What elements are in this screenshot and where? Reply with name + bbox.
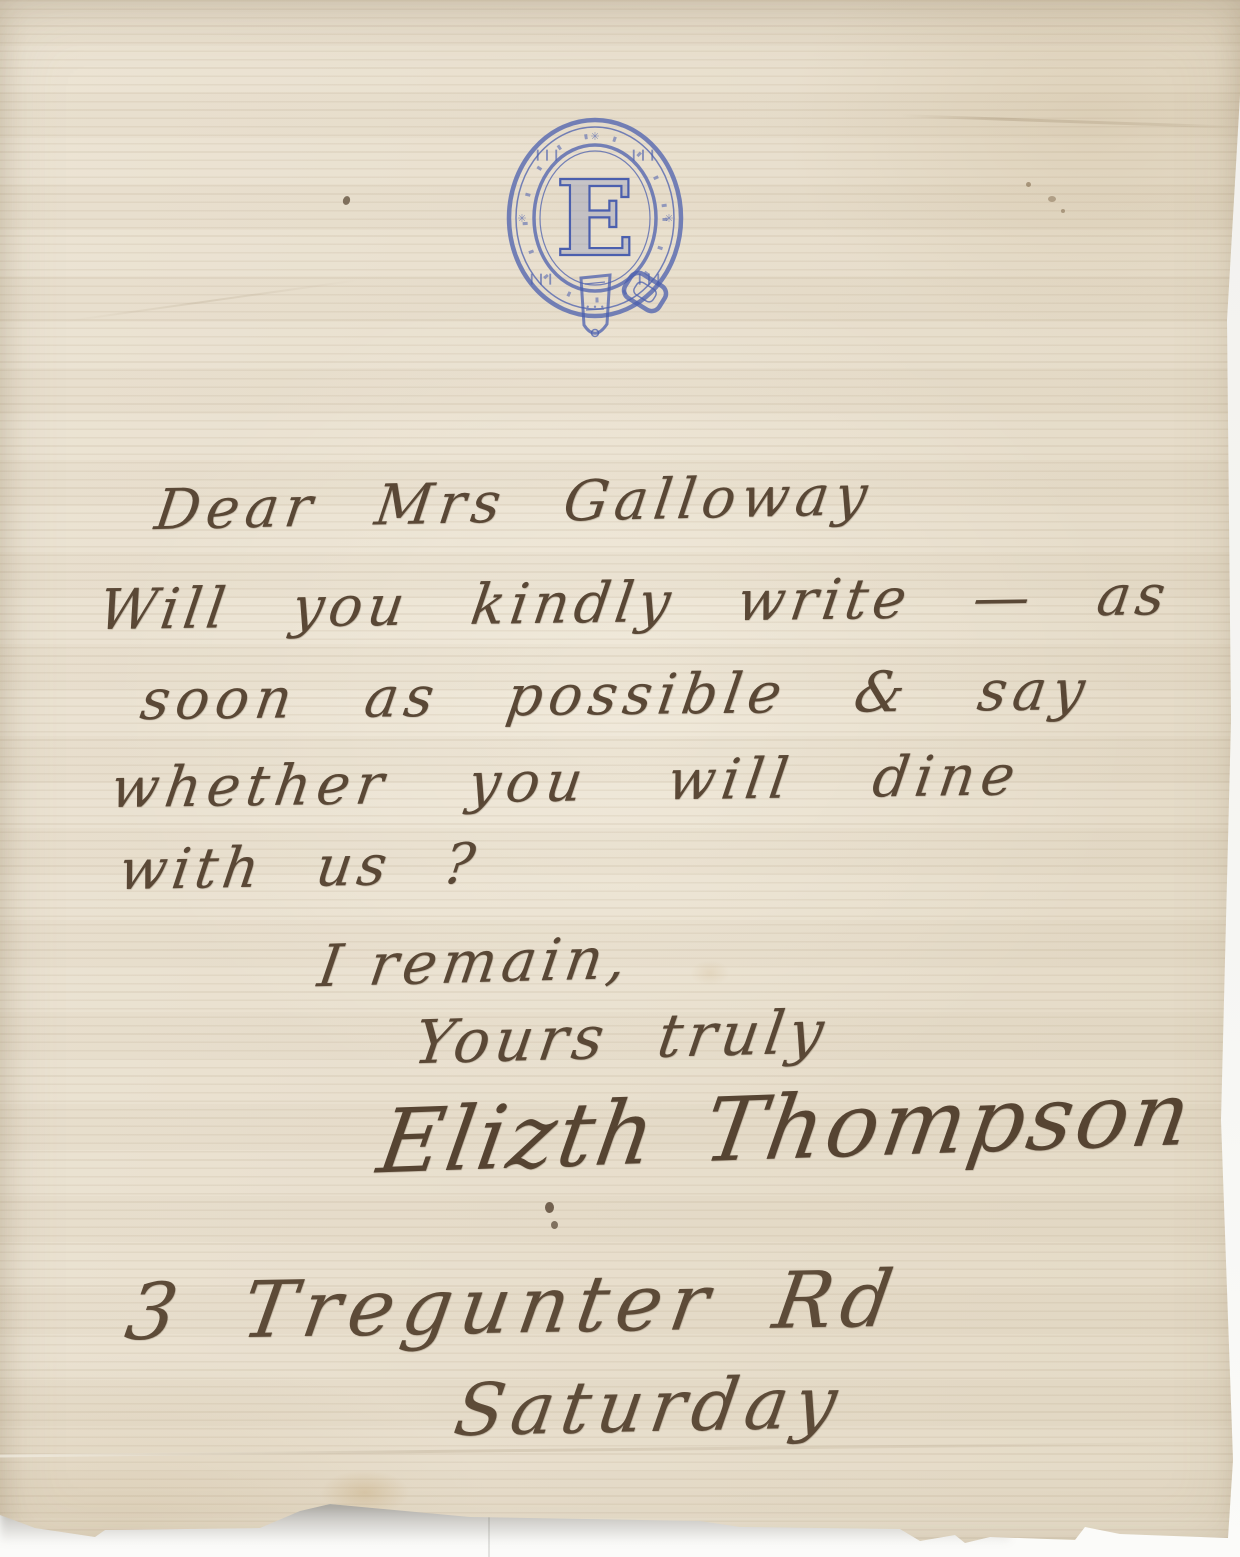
closing-line-2: Yours truly (409, 997, 833, 1078)
ink-speck (1048, 196, 1056, 202)
svg-text:✳: ✳ (517, 212, 526, 225)
body-line-1: Will you kindly write — as (95, 563, 1175, 643)
svg-text:✳: ✳ (590, 130, 599, 143)
monogram-letter: E (555, 157, 634, 280)
ink-speck (1026, 182, 1031, 187)
closing-line-1: I remain, (314, 924, 636, 1000)
svg-text:✳: ✳ (664, 212, 673, 225)
body-line-4: with us ? (115, 832, 484, 903)
ink-speck (342, 195, 352, 206)
svg-text:• • •: • • • (585, 303, 604, 312)
svg-text:❙❙❙: ❙❙❙ (635, 272, 663, 285)
letter-paper: ✳ ❙❙❙ ✳ ❙❙❙ ❙❙❙ ✳ ❙❙❙ • • • E Dear Mrs G… (0, 0, 1240, 1557)
signature-line: Elizth Thompson (372, 1062, 1201, 1194)
ink-speck (551, 1221, 558, 1229)
paper-stain (690, 960, 730, 986)
svg-text:❙❙❙: ❙❙❙ (527, 272, 555, 285)
body-line-3: whether you will dine (107, 743, 1025, 821)
date-line: Saturday (449, 1360, 850, 1452)
salutation-line: Dear Mrs Galloway (151, 463, 877, 543)
paper-crease (900, 114, 1240, 129)
ink-speck (1061, 209, 1065, 213)
address-line: 3 Tregunter Rd (120, 1255, 907, 1359)
body-line-2: soon as possible & say (136, 658, 1095, 733)
paper-crease (61, 279, 358, 323)
ink-speck (545, 1202, 554, 1213)
monogram-e-icon: ✳ ❙❙❙ ✳ ❙❙❙ ❙❙❙ ✳ ❙❙❙ • • • E (497, 114, 697, 346)
